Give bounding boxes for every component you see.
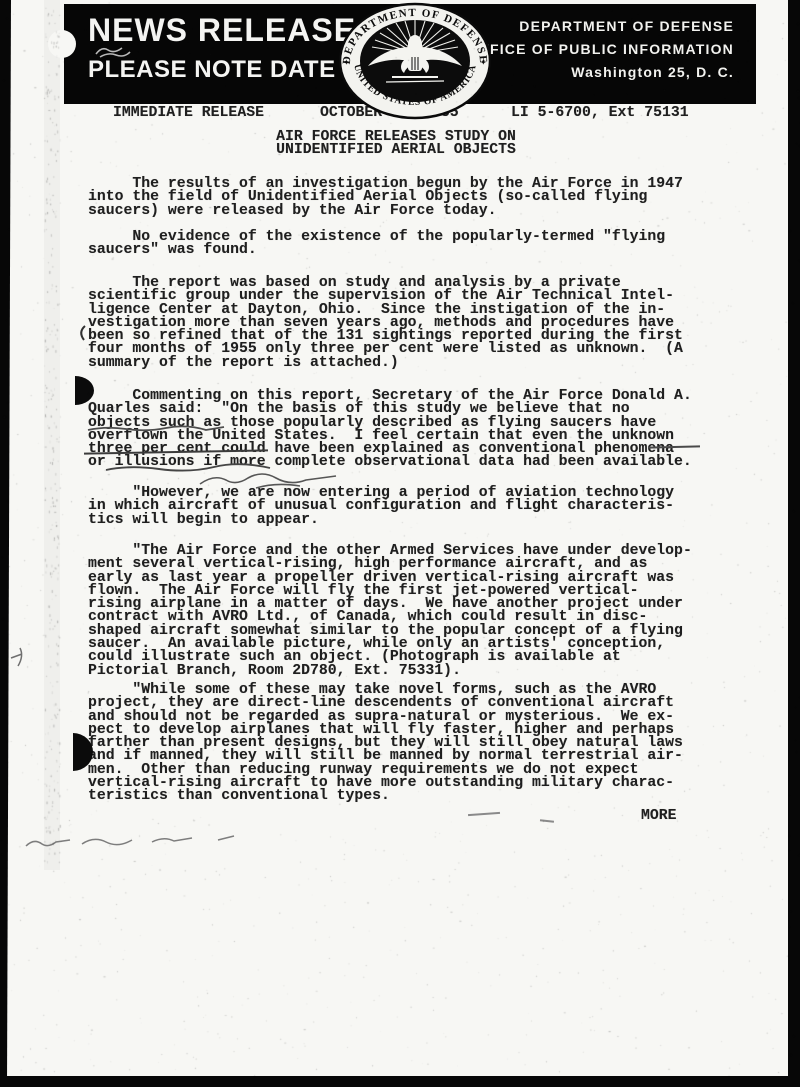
- more-indicator: MORE: [641, 810, 677, 823]
- margin-hook-mark: [76, 324, 88, 342]
- seal-star-left: ✦: [343, 58, 350, 67]
- document-title: AIR FORCE RELEASES STUDY ON UNIDENTIFIED…: [88, 131, 704, 158]
- city-line: Washington 25, D. C.: [468, 61, 734, 84]
- pencil-tick: [540, 819, 554, 822]
- office-line: OFFICE OF PUBLIC INFORMATION: [468, 38, 734, 61]
- paragraph-7: "While some of these may take novel form…: [88, 684, 713, 804]
- film-edge-bottom: [0, 1076, 800, 1087]
- dod-seal-icon: DEPARTMENT OF DEFENSE UNITED STATES OF A…: [338, 2, 492, 120]
- please-note-date-label: PLEASE NOTE DATE: [88, 56, 336, 84]
- contact-phone: LI 5-6700, Ext 75131: [511, 107, 689, 120]
- title-line-2: UNIDENTIFIED AERIAL OBJECTS: [276, 142, 516, 158]
- pencil-underline-objects: [86, 422, 228, 434]
- seal-star-right: ✦: [480, 58, 487, 67]
- paragraph-6: "The Air Force and the other Armed Servi…: [88, 545, 713, 678]
- paragraph-1: The results of an investigation begun by…: [88, 178, 713, 218]
- pencil-scribble-bottom: [22, 828, 252, 854]
- pencil-scribble-mid: [196, 468, 356, 492]
- pencil-tick: [468, 812, 500, 816]
- paragraph-2: No evidence of the existence of the popu…: [88, 231, 713, 258]
- scan-streak: [44, 0, 60, 870]
- margin-pencil-mark: [8, 644, 30, 670]
- news-release-label: NEWS RELEASE: [88, 12, 356, 49]
- paragraph-3: The report was based on study and analys…: [88, 277, 713, 370]
- release-type-label: IMMEDIATE RELEASE: [113, 107, 264, 120]
- paragraph-5: "However, we are now entering a period o…: [88, 487, 713, 527]
- film-edge-left: [0, 0, 11, 1087]
- agency-block: DEPARTMENT OF DEFENSE OFFICE OF PUBLIC I…: [468, 15, 734, 84]
- scanned-press-release-page: NEWS RELEASE PLEASE NOTE DATE DEPARTMENT…: [0, 0, 800, 1087]
- punch-hole: [48, 30, 76, 58]
- film-edge-right: [788, 0, 800, 1087]
- department-line: DEPARTMENT OF DEFENSE: [468, 15, 734, 38]
